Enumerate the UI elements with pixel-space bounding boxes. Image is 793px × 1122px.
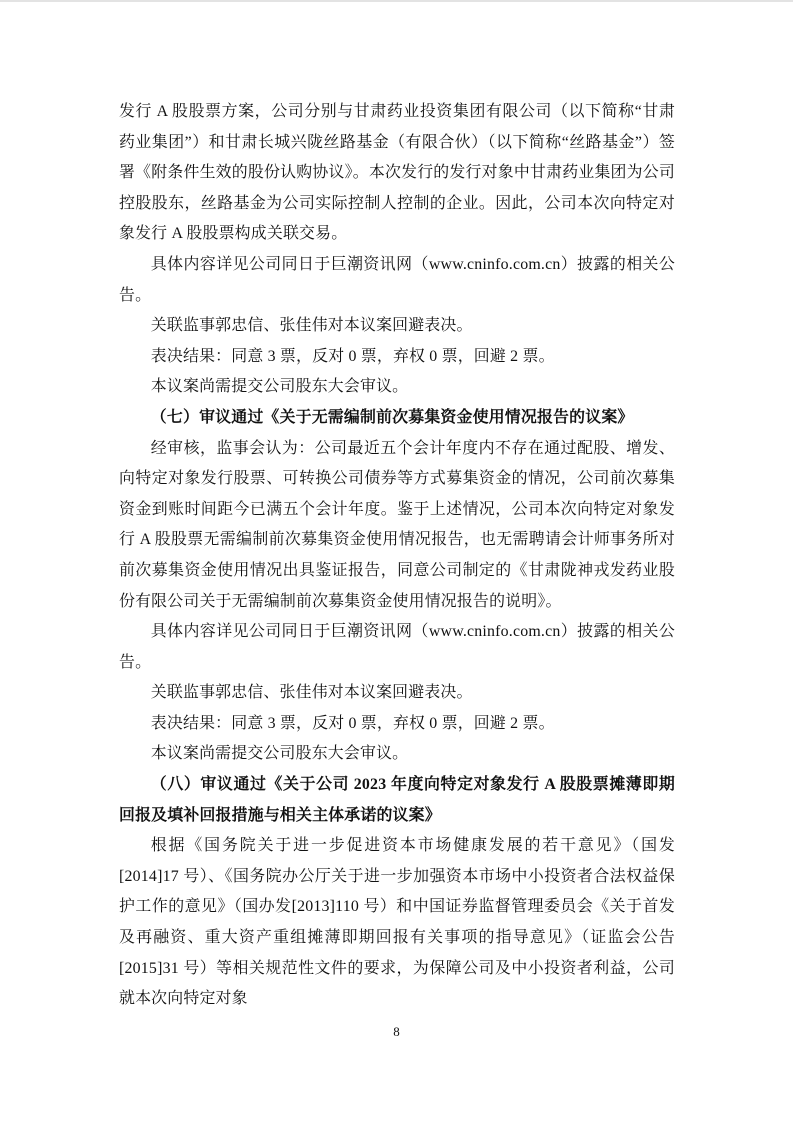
paragraph: 经审核，监事会认为：公司最近五个会计年度内不存在通过配股、增发、向特定对象发行股… (119, 434, 675, 618)
page-number: 8 (0, 1024, 793, 1040)
paragraph: 表决结果：同意 3 票，反对 0 票，弃权 0 票，回避 2 票。 (119, 709, 675, 740)
paragraph: 根据《国务院关于进一步促进资本市场健康发展的若干意见》（国发[2014]17 号… (119, 831, 675, 1015)
paragraph: 具体内容详见公司同日于巨潮资讯网（www.cninfo.com.cn）披露的相关… (119, 250, 675, 311)
paragraph: 关联监事郭忠信、张佳伟对本议案回避表决。 (119, 311, 675, 342)
section-heading: （八）审议通过《关于公司 2023 年度向特定对象发行 A 股股票摊薄即期回报及… (119, 770, 675, 831)
paragraph: 表决结果：同意 3 票，反对 0 票，弃权 0 票，回避 2 票。 (119, 342, 675, 373)
paragraph: 具体内容详见公司同日于巨潮资讯网（www.cninfo.com.cn）披露的相关… (119, 617, 675, 678)
document-body: 发行 A 股股票方案，公司分别与甘肃药业投资集团有限公司（以下简称“甘肃药业集团… (119, 97, 675, 1015)
document-page: 发行 A 股股票方案，公司分别与甘肃药业投资集团有限公司（以下简称“甘肃药业集团… (0, 0, 793, 1122)
paragraph: 发行 A 股股票方案，公司分别与甘肃药业投资集团有限公司（以下简称“甘肃药业集团… (119, 97, 675, 250)
paragraph: 关联监事郭忠信、张佳伟对本议案回避表决。 (119, 678, 675, 709)
paragraph: 本议案尚需提交公司股东大会审议。 (119, 372, 675, 403)
paragraph: 本议案尚需提交公司股东大会审议。 (119, 739, 675, 770)
section-heading: （七）审议通过《关于无需编制前次募集资金使用情况报告的议案》 (119, 403, 675, 434)
